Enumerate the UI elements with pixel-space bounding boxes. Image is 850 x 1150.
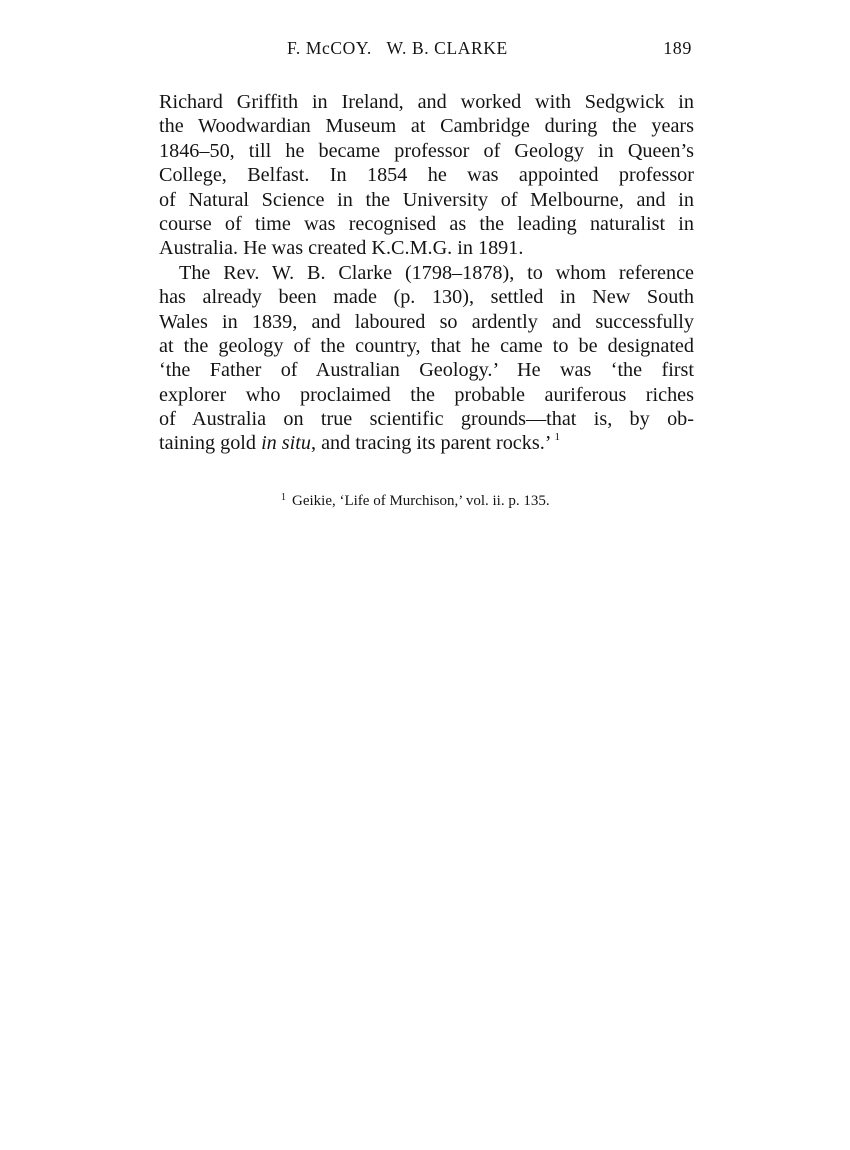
paragraph-clarke: The Rev. W. B. Clarke (1798–1878), to wh… xyxy=(159,261,694,456)
text-segment: , and tracing its parent rocks.’ xyxy=(311,432,552,454)
text-line: has already been made (p. 130), settled … xyxy=(159,285,694,309)
text-line: at the geology of the country, that he c… xyxy=(159,334,694,358)
running-head: F. McCOY. W. B. CLARKE 189 xyxy=(159,38,694,64)
text-line: ‘the Father of Australian Geology.’ He w… xyxy=(159,358,694,382)
text-segment: taining gold xyxy=(159,432,261,454)
paragraph-mccoy: Richard Griffith in Ireland, and worked … xyxy=(159,90,694,261)
text-line: College, Belfast. In 1854 he was appoint… xyxy=(159,163,694,187)
body-text: Richard Griffith in Ireland, and worked … xyxy=(159,90,694,456)
text-line: course of time was recognised as the lea… xyxy=(159,212,694,236)
text-line: the Woodwardian Museum at Cambridge duri… xyxy=(159,114,694,138)
page-number: 189 xyxy=(663,38,692,59)
text-line: explorer who proclaimed the probable aur… xyxy=(159,383,694,407)
text-line: Wales in 1839, and laboured so ardently … xyxy=(159,310,694,334)
footnote: 1Geikie, ‘Life of Murchison,’ vol. ii. p… xyxy=(281,492,550,510)
footnote-text: Geikie, ‘Life of Murchison,’ vol. ii. p.… xyxy=(292,493,550,509)
running-head-title: F. McCOY. W. B. CLARKE xyxy=(287,38,508,59)
footnote-mark: 1 xyxy=(281,492,286,503)
text-line: The Rev. W. B. Clarke (1798–1878), to wh… xyxy=(159,261,694,285)
text-line: Richard Griffith in Ireland, and worked … xyxy=(159,90,694,114)
text-line: of Natural Science in the University of … xyxy=(159,188,694,212)
text-line: of Australia on true scientific grounds—… xyxy=(159,407,694,431)
text-line-last: taining gold in situ, and tracing its pa… xyxy=(159,431,694,455)
italic-phrase: in situ xyxy=(261,432,311,454)
text-line: Australia. He was created K.C.M.G. in 18… xyxy=(159,236,694,260)
text-line: 1846–50, till he became professor of Geo… xyxy=(159,139,694,163)
footnote-reference: 1 xyxy=(554,431,560,443)
